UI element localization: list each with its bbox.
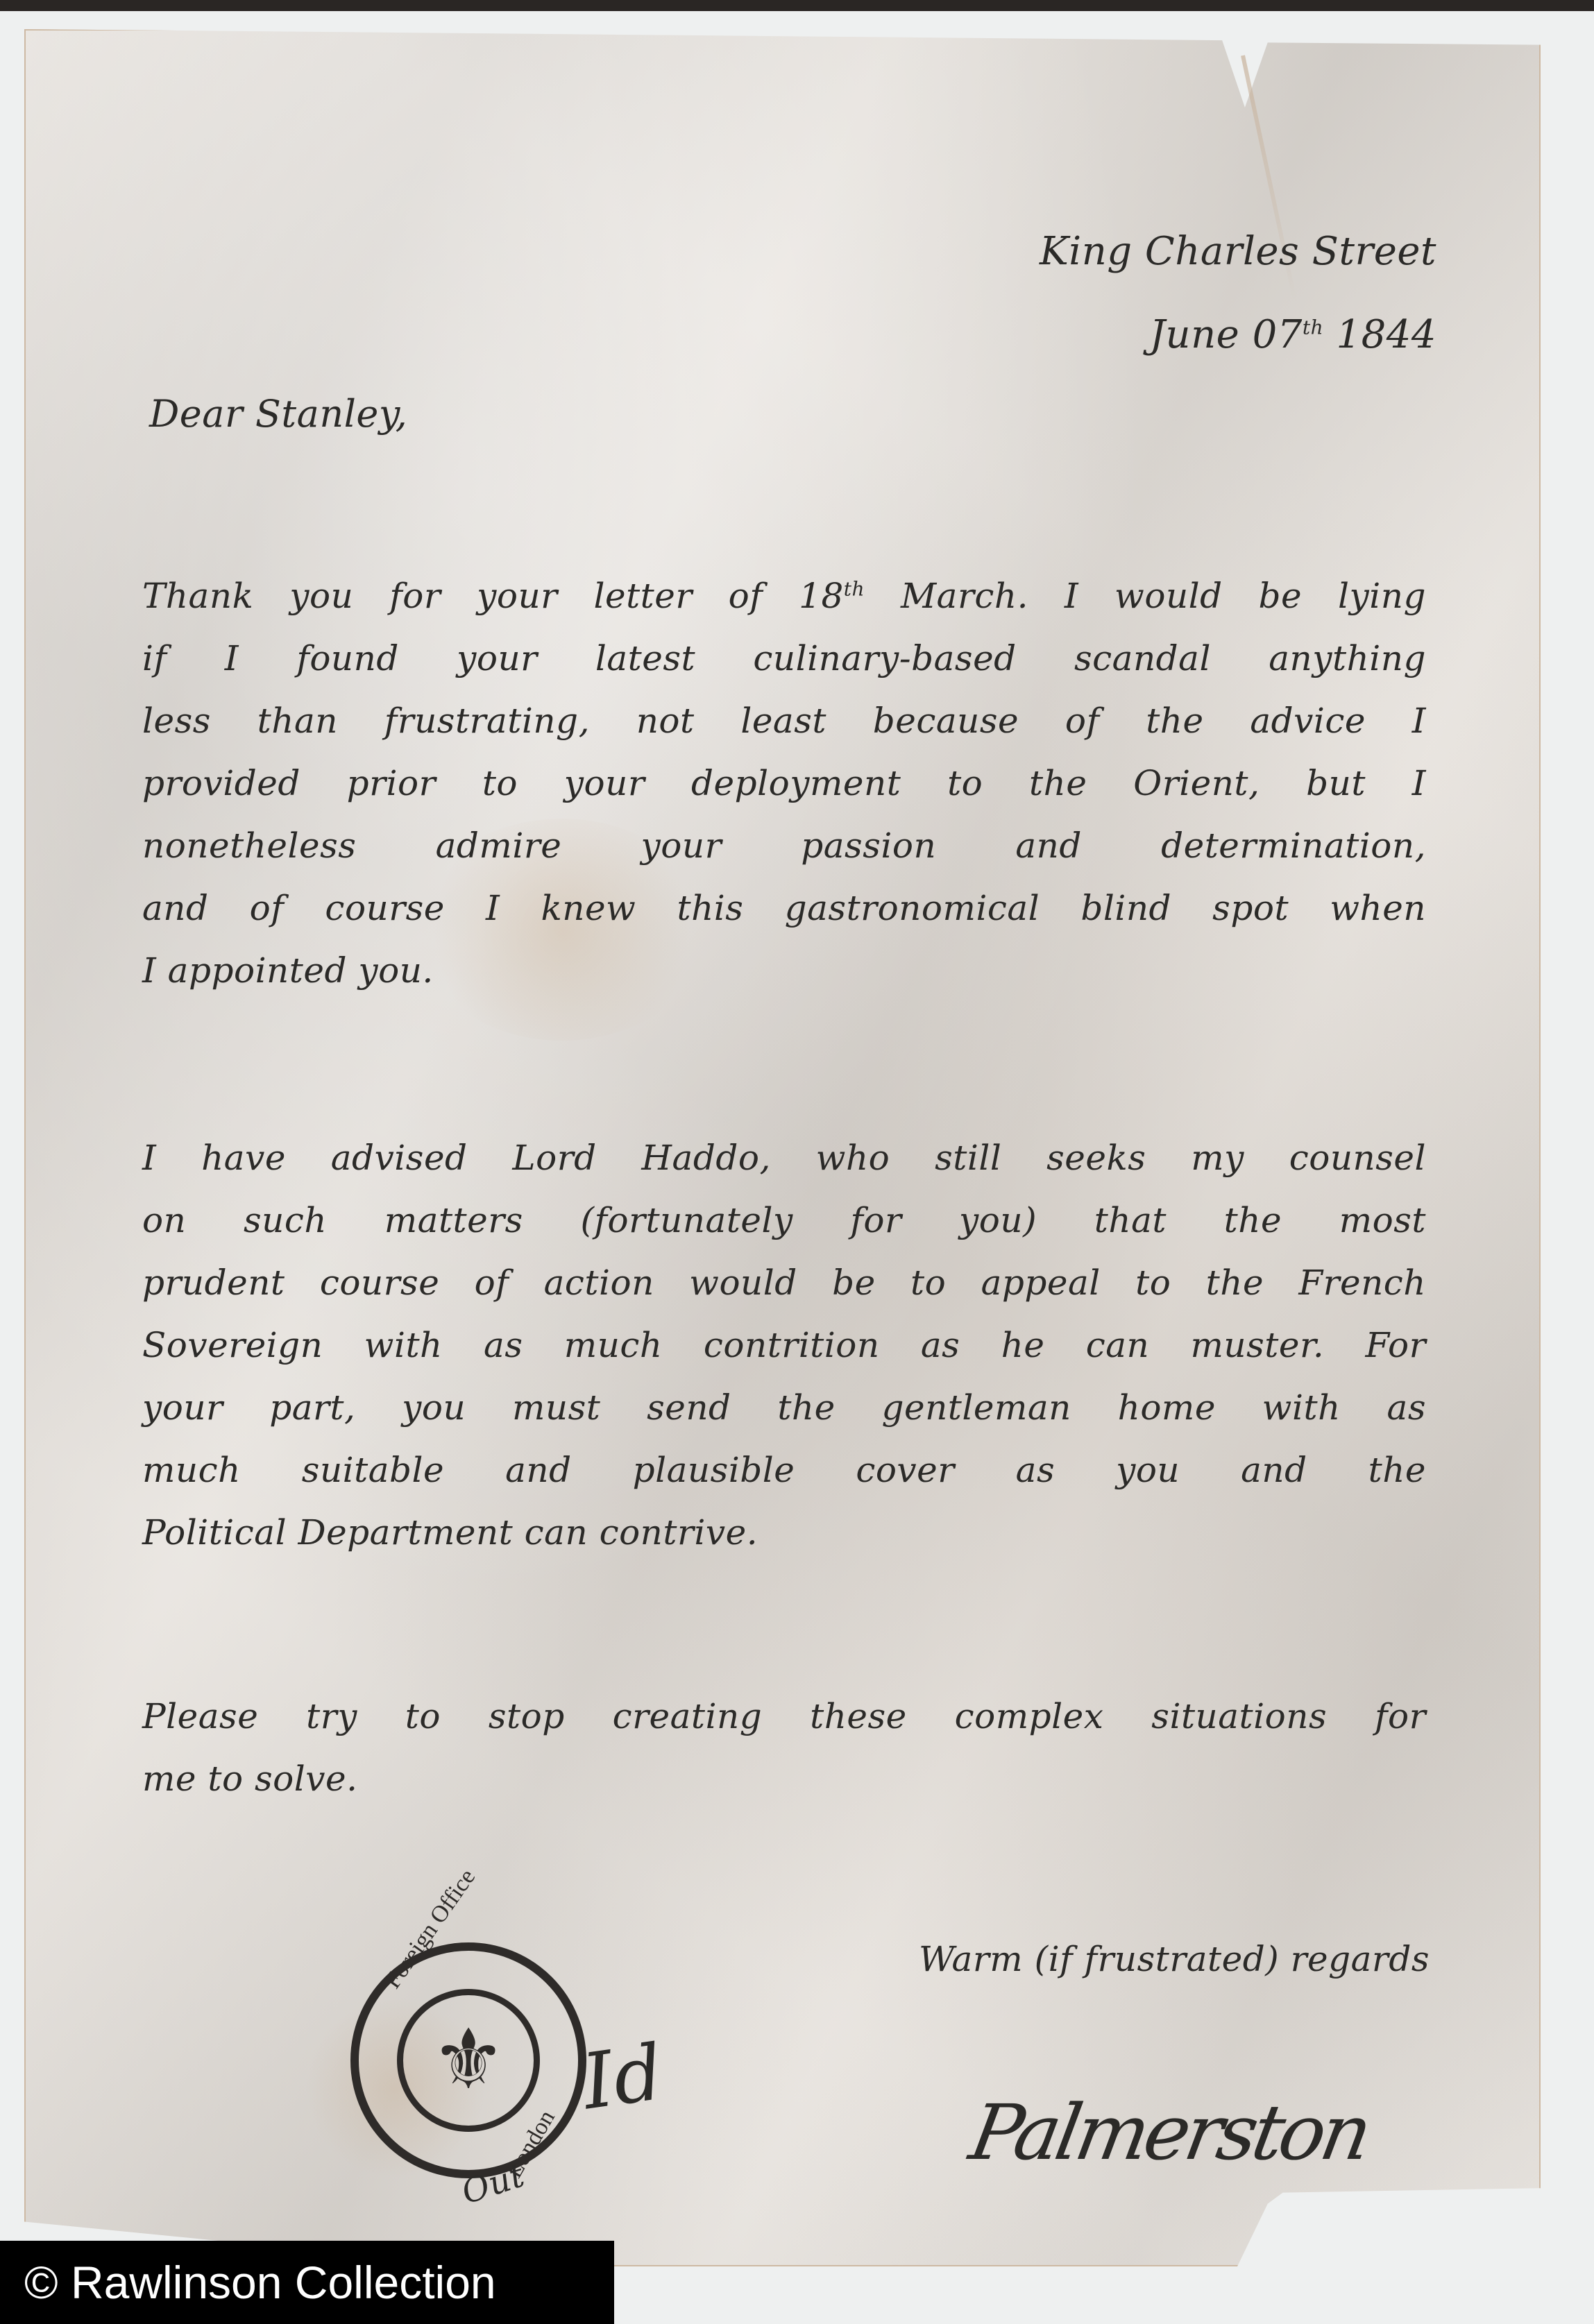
sender-address: King Charles Street xyxy=(902,229,1436,274)
letter-line: Please try to stop creating these comple… xyxy=(142,1696,1426,1736)
letter-line: less than frustrating, not least because… xyxy=(142,701,1426,741)
letter-line: I have advised Lord Haddo, who still see… xyxy=(142,1138,1426,1178)
copyright-banner: © Rawlinson Collection xyxy=(0,2241,614,2324)
salutation: Dear Stanley, xyxy=(149,392,407,436)
letter-line: Sovereign with as much contrition as he … xyxy=(142,1325,1426,1365)
letter-line: Thank you for your letter of 18th March.… xyxy=(142,576,1426,616)
copyright-text: © Rawlinson Collection xyxy=(0,2256,496,2309)
scan-border xyxy=(0,0,1594,11)
letter-line: I appointed you. xyxy=(142,950,1426,991)
initials-annotation: Id xyxy=(577,2028,669,2127)
letter-line: much suitable and plausible cover as you… xyxy=(142,1450,1426,1490)
letter-line: prudent course of action would be to app… xyxy=(142,1263,1426,1303)
letter-line: and of course I knew this gastronomical … xyxy=(142,888,1426,928)
letter-date: June 07th 1844 xyxy=(972,312,1436,357)
closing: Warm (if frustrated) regards xyxy=(763,1939,1430,1979)
letter-line: me to solve. xyxy=(142,1759,1426,1799)
coat-of-arms-icon: ⚜ xyxy=(431,2019,506,2102)
letter-line: provided prior to your deployment to the… xyxy=(142,763,1426,803)
letter-line: nonetheless admire your passion and dete… xyxy=(142,826,1426,866)
foreign-office-stamp: Foreign Office London ⚜ xyxy=(350,1942,586,2178)
letter-line: on such matters (fortunately for you) th… xyxy=(142,1200,1426,1240)
letter-line: your part, you must send the gentleman h… xyxy=(142,1387,1426,1428)
letter-line: Political Department can contrive. xyxy=(142,1512,1426,1553)
letter-line: if I found your latest culinary-based sc… xyxy=(142,638,1426,678)
signature: Palmerston xyxy=(964,2088,1375,2177)
stamp-inner-ring: ⚜ xyxy=(397,1989,540,2132)
copyright-icon: © xyxy=(24,2257,58,2308)
